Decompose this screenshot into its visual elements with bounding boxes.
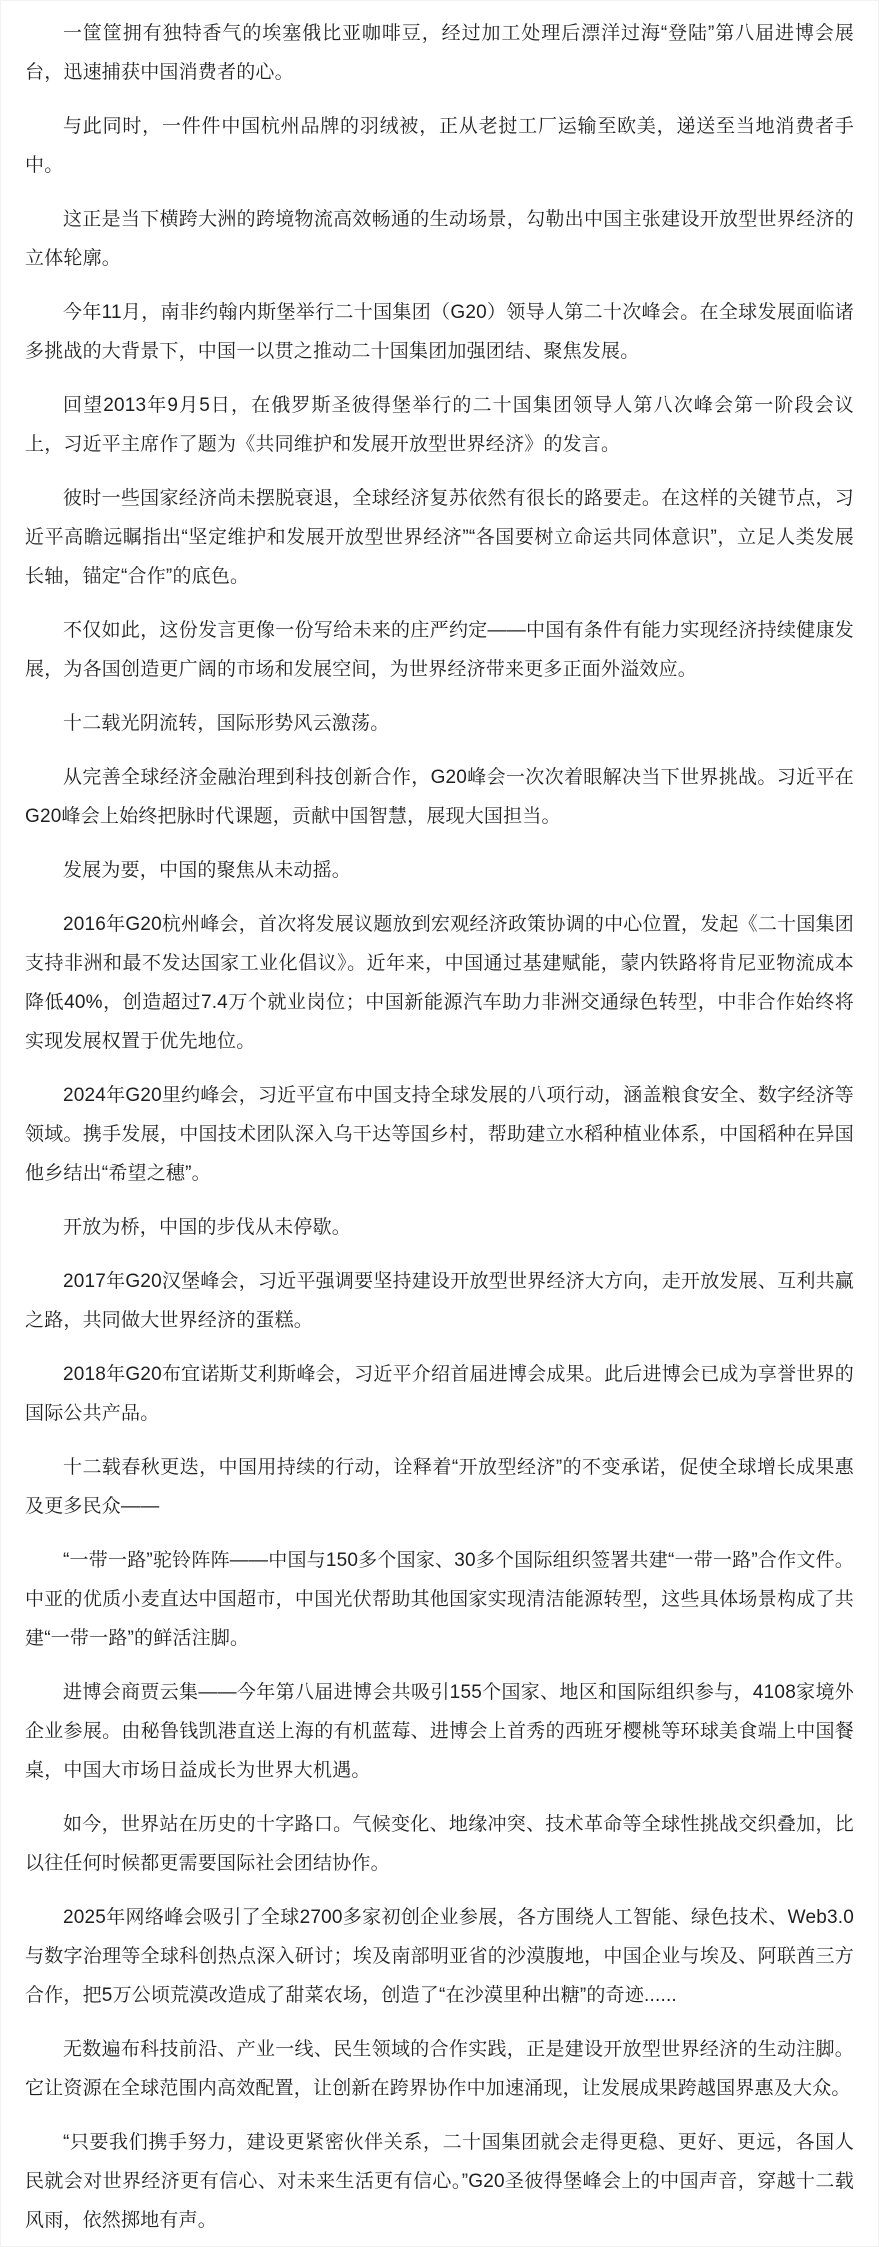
article-paragraph-7: 不仅如此，这份发言更像一份写给未来的庄严约定——中国有条件有能力实现经济持续健康… (25, 611, 854, 689)
document-page: 一筐筐拥有独特香气的埃塞俄比亚咖啡豆，经过加工处理后漂洋过海“登陆”第八届进博会… (0, 0, 879, 2247)
article-paragraph-11: 2016年G20杭州峰会，首次将发展议题放到宏观经济政策协调的中心位置，发起《二… (25, 905, 854, 1061)
article-paragraph-13: 开放为桥，中国的步伐从未停歇。 (25, 1208, 854, 1247)
article-paragraph-4: 今年11月，南非约翰内斯堡举行二十国集团（G20）领导人第二十次峰会。在全球发展… (25, 293, 854, 371)
article-paragraph-22: “只要我们携手努力，建设更紧密伙伴关系，二十国集团就会走得更稳、更好、更远，各国… (25, 2123, 854, 2240)
article-paragraph-21: 无数遍布科技前沿、产业一线、民生领域的合作实践，正是建设开放型世界经济的生动注脚… (25, 2030, 854, 2108)
article-paragraph-17: “一带一路”驼铃阵阵——中国与150多个国家、30多个国际组织签署共建“一带一路… (25, 1541, 854, 1658)
article-paragraph-15: 2018年G20布宜诺斯艾利斯峰会，习近平介绍首届进博会成果。此后进博会已成为享… (25, 1355, 854, 1433)
article-paragraph-12: 2024年G20里约峰会，习近平宣布中国支持全球发展的八项行动，涵盖粮食安全、数… (25, 1076, 854, 1193)
article-paragraph-20: 2025年网络峰会吸引了全球2700多家初创企业参展，各方围绕人工智能、绿色技术… (25, 1898, 854, 2015)
article-paragraph-9: 从完善全球经济金融治理到科技创新合作，G20峰会一次次着眼解决当下世界挑战。习近… (25, 758, 854, 836)
article-paragraph-6: 彼时一些国家经济尚未摆脱衰退，全球经济复苏依然有很长的路要走。在这样的关键节点，… (25, 479, 854, 596)
article-paragraph-1: 一筐筐拥有独特香气的埃塞俄比亚咖啡豆，经过加工处理后漂洋过海“登陆”第八届进博会… (25, 14, 854, 92)
article-paragraph-19: 如今，世界站在历史的十字路口。气候变化、地缘冲突、技术革命等全球性挑战交织叠加，… (25, 1805, 854, 1883)
article-body: 一筐筐拥有独特香气的埃塞俄比亚咖啡豆，经过加工处理后漂洋过海“登陆”第八届进博会… (25, 14, 854, 2240)
article-paragraph-3: 这正是当下横跨大洲的跨境物流高效畅通的生动场景，勾勒出中国主张建设开放型世界经济… (25, 200, 854, 278)
article-paragraph-16: 十二载春秋更迭，中国用持续的行动，诠释着“开放型经济”的不变承诺，促使全球增长成… (25, 1448, 854, 1526)
article-paragraph-5: 回望2013年9月5日，在俄罗斯圣彼得堡举行的二十国集团领导人第八次峰会第一阶段… (25, 386, 854, 464)
article-paragraph-10: 发展为要，中国的聚焦从未动摇。 (25, 851, 854, 890)
article-paragraph-14: 2017年G20汉堡峰会，习近平强调要坚持建设开放型世界经济大方向，走开放发展、… (25, 1262, 854, 1340)
article-paragraph-8: 十二载光阴流转，国际形势风云激荡。 (25, 704, 854, 743)
article-paragraph-18: 进博会商贾云集——今年第八届进博会共吸引155个国家、地区和国际组织参与，410… (25, 1673, 854, 1790)
article-paragraph-2: 与此同时，一件件中国杭州品牌的羽绒被，正从老挝工厂运输至欧美，递送至当地消费者手… (25, 107, 854, 185)
